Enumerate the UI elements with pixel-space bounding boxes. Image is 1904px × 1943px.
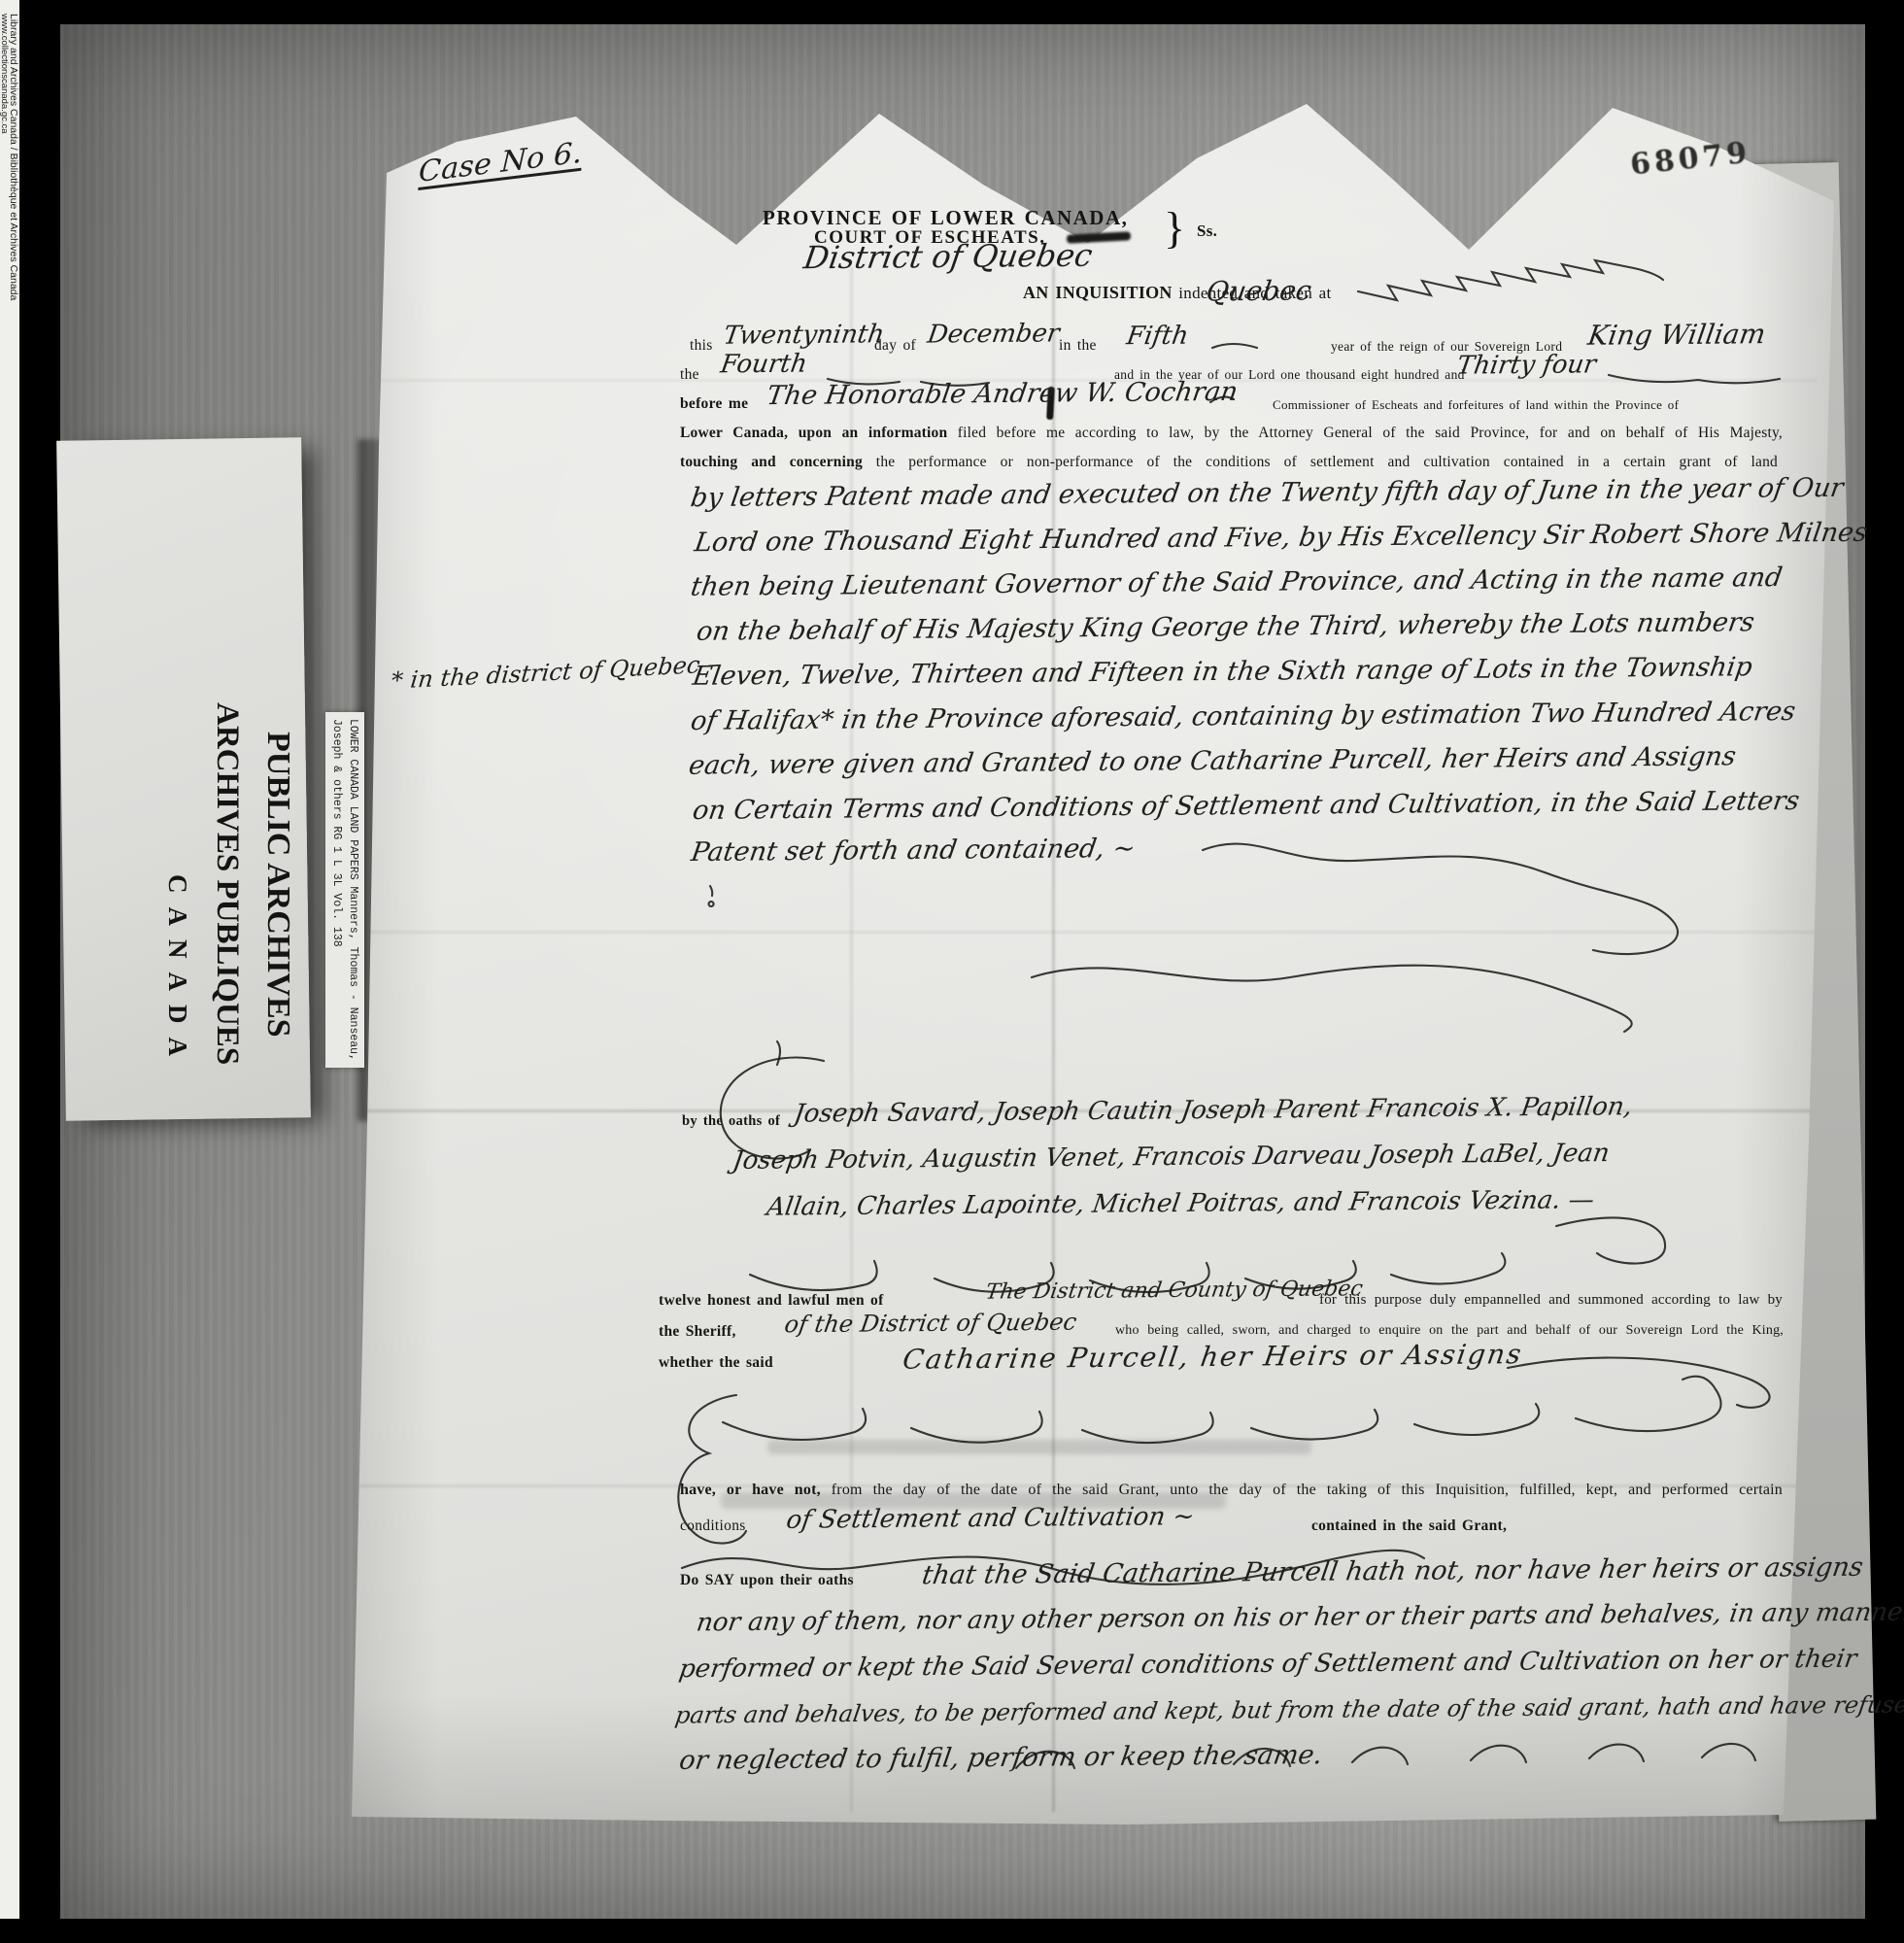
fonds-label-line2: Joseph & others RG 1 L 3L Vol. 138 xyxy=(328,719,345,1061)
jury-rest: for this purpose duly empannelled and su… xyxy=(1319,1292,1783,1309)
grant-line: Patent set forth and contained, ~ xyxy=(689,834,1137,868)
ink-transfer-smudge xyxy=(767,1440,1311,1454)
verdict-line: or neglected to fulfil, perform or keep … xyxy=(677,1740,1324,1776)
date-regnal: Fifth xyxy=(1125,322,1191,352)
inquisition-bold: AN INQUISITION xyxy=(1023,283,1173,302)
information-bold: Lower Canada, upon an information xyxy=(680,425,947,441)
before-me-label: before me xyxy=(680,395,748,413)
date-month: December xyxy=(926,319,1062,349)
envelope-title-en: PUBLIC ARCHIVES xyxy=(253,695,303,1070)
date-year: Thirty four xyxy=(1455,350,1598,380)
fold-crease-2 xyxy=(359,931,1817,934)
fonds-label: LOWER CANADA LAND PAPERS Manners, Thomas… xyxy=(325,712,364,1068)
date-this: this xyxy=(690,337,713,355)
jury-label: twelve honest and lawful men of xyxy=(659,1292,884,1310)
archive-sidebar: Library and Archives Canada / Bibliothèq… xyxy=(0,0,19,1919)
envelope-title-canada: CANADA xyxy=(153,695,202,1070)
contained-text: contained in the said Grant, xyxy=(1311,1517,1507,1535)
place-handwritten: Quebec xyxy=(1204,275,1313,308)
fonds-label-line1: LOWER CANADA LAND PAPERS Manners, Thomas… xyxy=(345,719,361,1061)
conditions-handwritten: of Settlement and Cultivation ~ xyxy=(784,1502,1196,1535)
information-rest: filed before me according to law, by the… xyxy=(947,425,1783,441)
district-handwritten: District of Quebec xyxy=(801,237,1095,277)
sheriff-label: the Sheriff, xyxy=(659,1323,736,1341)
envelope-title-fr: ARCHIVES PUBLIQUES xyxy=(202,695,253,1070)
date-the: the xyxy=(680,366,699,384)
sheriff-rest: who being called, sworn, and charged to … xyxy=(1115,1323,1784,1339)
grantee-handwritten: Catharine Purcell, her Heirs or Assigns xyxy=(901,1338,1525,1376)
commissioner-title: Commissioner of Escheats and forfeitures… xyxy=(1273,397,1679,413)
commissioner-name: The Honorable Andrew W. Cochran xyxy=(765,377,1240,411)
scanned-archive-page: Library and Archives Canada / Bibliothèq… xyxy=(0,0,1904,1943)
date-ordinal: Fourth xyxy=(719,350,809,380)
dosay-label: Do SAY upon their oaths xyxy=(680,1572,854,1589)
conditions-label: conditions xyxy=(680,1517,746,1535)
have-rest: from the day of the date of the said Gra… xyxy=(821,1482,1783,1498)
date-inthe: in the xyxy=(1059,337,1097,355)
sheriff-place: of the District of Quebec xyxy=(783,1309,1079,1339)
have-line: have, or have not, from the day of the d… xyxy=(680,1482,1783,1499)
header-brace: } xyxy=(1164,202,1185,254)
date-dayof: day of xyxy=(874,337,916,355)
date-monarch: King William xyxy=(1585,318,1767,352)
archive-url-text: www.collectionscanada.gc.ca xyxy=(0,14,9,134)
archive-credit-text: Library and Archives Canada / Bibliothèq… xyxy=(9,14,18,300)
jury-place: The District and County of Quebec xyxy=(984,1277,1365,1304)
information-line: Lower Canada, upon an information filed … xyxy=(680,425,1783,442)
touching-rest: the performance or non-performance of th… xyxy=(863,454,1778,470)
whether-label: whether the said xyxy=(659,1354,773,1372)
touching-line: touching and concerning the performance … xyxy=(680,454,1778,471)
touching-bold: touching and concerning xyxy=(680,454,863,470)
date-day: Twentyninth xyxy=(722,320,887,350)
have-bold: have, or have not, xyxy=(680,1482,821,1498)
oaths-label: by the oaths of xyxy=(682,1113,780,1130)
header-ss: Ss. xyxy=(1197,222,1217,241)
